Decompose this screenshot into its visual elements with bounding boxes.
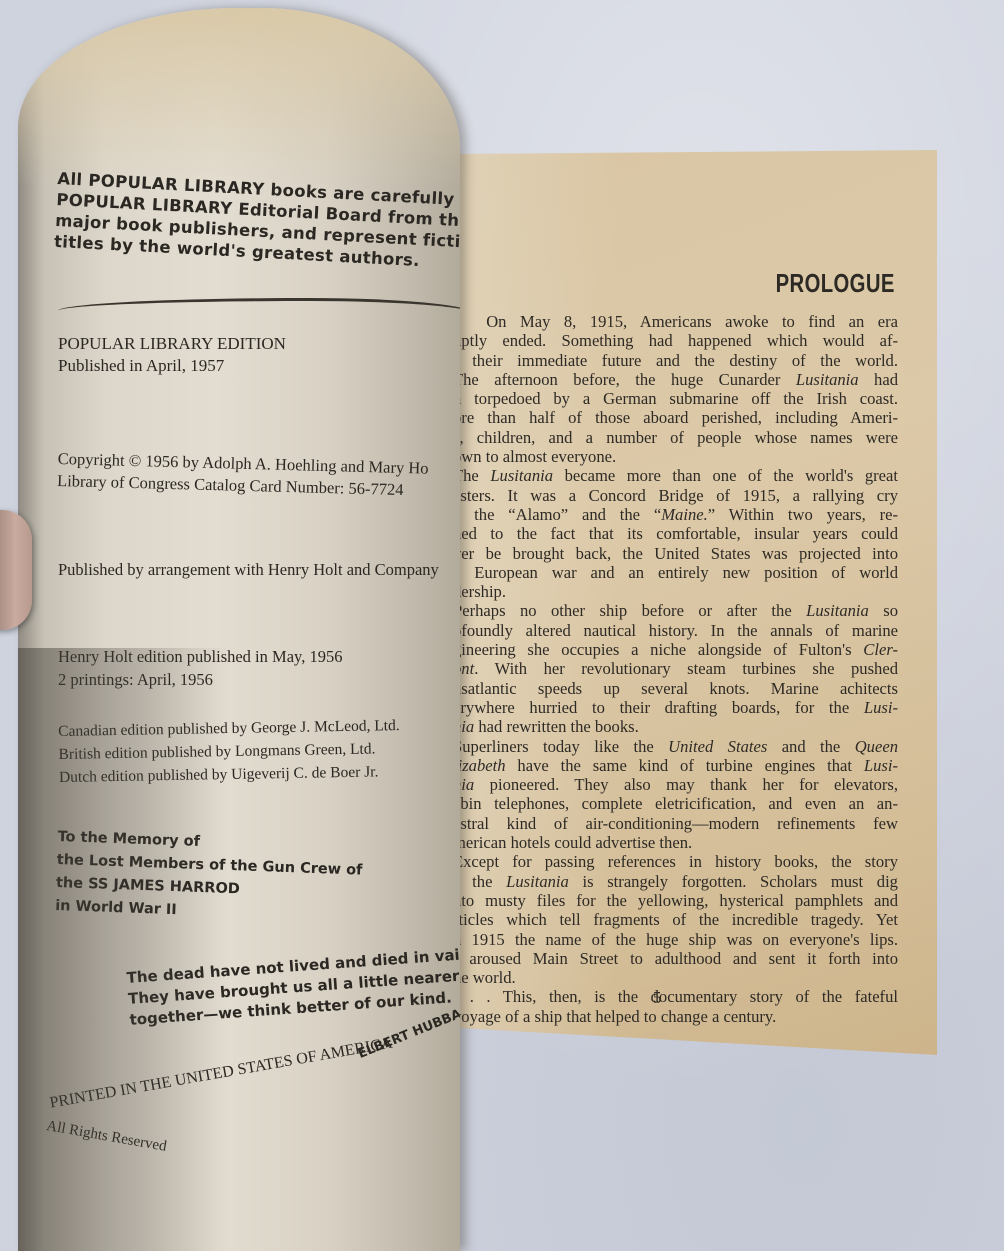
- right-page: PROLOGUE On May 8, 1915, Americans awoke…: [457, 150, 937, 1055]
- prologue-line: he world.: [453, 968, 898, 987]
- prologue-line: On May 8, 1915, Americans awoke to find …: [453, 312, 898, 331]
- prologue-line: ore than half of those aboard perished, …: [453, 408, 898, 427]
- prologue-line: abin telephones, complete eletricificati…: [453, 794, 898, 813]
- prologue-line: The afternoon before, the huge Cunarder …: [453, 370, 898, 389]
- prologue-line: asters. It was a Concord Bridge of 1915,…: [453, 486, 898, 505]
- thumb: [0, 510, 32, 630]
- prologue-line: nia pioneered. They also may thank her f…: [453, 775, 898, 794]
- edition-date: Published in April, 1957: [58, 355, 286, 377]
- prologue-line: n torpedoed by a German submarine off th…: [453, 389, 898, 408]
- prologue-line: e the “Alamo” and the “Maine.” Within tw…: [453, 505, 898, 524]
- prologue-line: merican hotels could advertise then.: [453, 833, 898, 852]
- prologue-line: estral kind of air-conditioning—modern r…: [453, 814, 898, 833]
- edition-title: POPULAR LIBRARY EDITION: [58, 333, 286, 355]
- prologue-line: lizabeth have the same kind of turbine e…: [453, 756, 898, 775]
- prologue-line: t aroused Main Street to adulthood and s…: [453, 949, 898, 968]
- prologue-line: f the Lusitania is strangely forgotten. …: [453, 872, 898, 891]
- prologue-line: uptly ended. Something had happened whic…: [453, 331, 898, 350]
- prologue-text: On May 8, 1915, Americans awoke to find …: [453, 312, 898, 1026]
- prologue-line: t their immediate future and the destiny…: [453, 351, 898, 370]
- prologue-line: gineering she occupies a niche alongside…: [453, 640, 898, 659]
- prologue-line: . . . This, then, is the documentary sto…: [453, 987, 898, 1006]
- prologue-line: nto musty files for the yellowing, hyste…: [453, 891, 898, 910]
- page-tint: [18, 8, 460, 188]
- prologue-line: ont. With her revolutionary steam turbin…: [453, 659, 898, 678]
- edition-info: POPULAR LIBRARY EDITION Published in Apr…: [58, 333, 286, 377]
- prologue-line: ned to the fact that its comfortable, in…: [453, 524, 898, 543]
- prologue-line: voyage of a ship that helped to change a…: [453, 1007, 898, 1026]
- prologue-line: erywhere hurried to their drafting board…: [453, 698, 898, 717]
- prologue-line: Except for passing references in history…: [453, 852, 898, 871]
- prologue-line: The Lusitania became more than one of th…: [453, 466, 898, 485]
- page-number: 5: [653, 988, 662, 1008]
- prologue-line: n 1915 the name of the huge ship was on …: [453, 930, 898, 949]
- chapter-heading: PROLOGUE: [776, 268, 895, 299]
- prologue-line: ofoundly altered nautical history. In th…: [453, 621, 898, 640]
- arrangement-note: Published by arrangement with Henry Holt…: [58, 560, 439, 580]
- prologue-line: dership.: [453, 582, 898, 601]
- prologue-line: rticles which tell fragments of the incr…: [453, 910, 898, 929]
- prologue-line: nia had rewritten the books.: [453, 717, 898, 736]
- prologue-line: e European war and an entirely new posit…: [453, 563, 898, 582]
- shadow: [18, 648, 228, 1251]
- prologue-line: nsatlantic speeds up several knots. Mari…: [453, 679, 898, 698]
- prologue-line: ver be brought back, the United States w…: [453, 544, 898, 563]
- prologue-line: s, children, and a number of people whos…: [453, 428, 898, 447]
- left-page: All POPULAR LIBRARY books are carefully …: [18, 8, 460, 1251]
- copyright-info: Copyright © 1956 by Adolph A. Hoehling a…: [57, 448, 429, 502]
- prologue-line: own to almost everyone.: [453, 447, 898, 466]
- prologue-line: Superliners today like the United States…: [453, 737, 898, 756]
- prologue-line: Perhaps no other ship before or after th…: [453, 601, 898, 620]
